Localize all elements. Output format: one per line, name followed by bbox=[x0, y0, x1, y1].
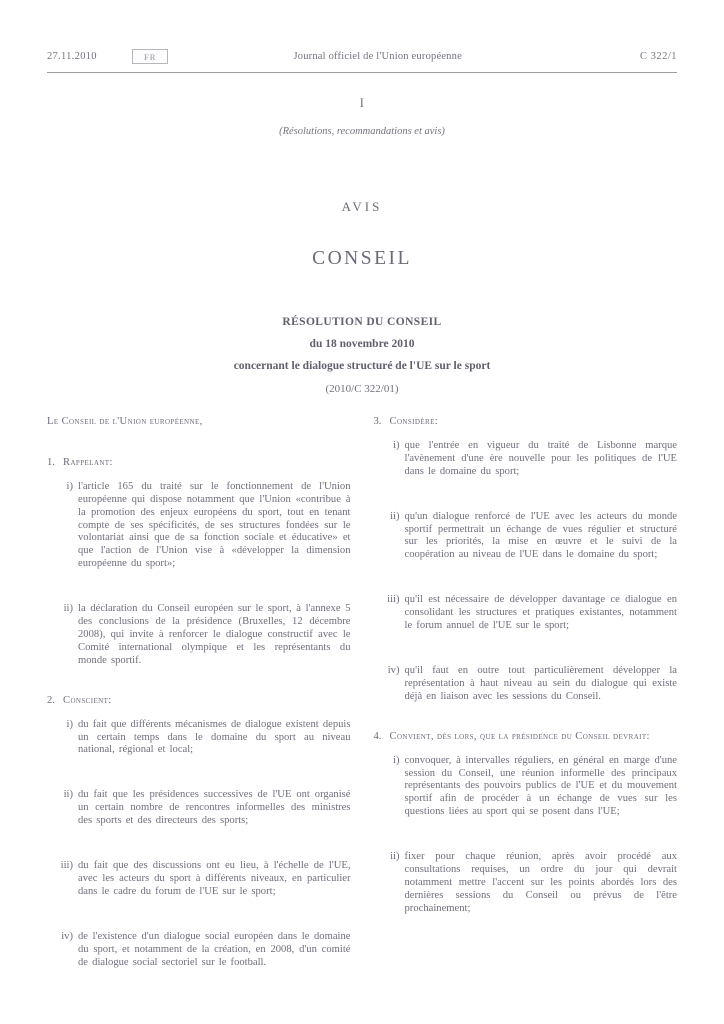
item-marker: iii) bbox=[374, 594, 405, 633]
item-marker: ii) bbox=[374, 851, 405, 916]
section-title: Conscient: bbox=[63, 695, 351, 708]
section-number: 2. bbox=[47, 695, 63, 708]
resolution-date: du 18 novembre 2010 bbox=[47, 338, 677, 350]
section-4: 4. Convient, dès lors, que la présidence… bbox=[374, 731, 678, 916]
item-text: du fait que les présidences successives … bbox=[78, 789, 351, 828]
item-marker: i) bbox=[47, 481, 78, 571]
item-text: que l'entrée en vigueur du traité de Lis… bbox=[405, 440, 678, 479]
section-2: 2. Conscient: i) du fait que différents … bbox=[47, 695, 351, 970]
section-3: 3. Considère: i) que l'entrée en vigueur… bbox=[374, 416, 678, 704]
list-item: ii) du fait que les présidences successi… bbox=[47, 789, 351, 828]
list-item: i) du fait que différents mécanismes de … bbox=[47, 719, 351, 758]
resolution-title: RÉSOLUTION DU CONSEIL bbox=[47, 316, 677, 328]
left-column: Le Conseil de l'Union européenne, 1. Rap… bbox=[47, 416, 351, 969]
section-title: Considère: bbox=[390, 416, 678, 429]
item-text: l'article 165 du traité sur le fonctionn… bbox=[78, 481, 351, 571]
list-item: iv) de l'existence d'un dialogue social … bbox=[47, 931, 351, 970]
item-text: convoquer, à intervalles réguliers, en g… bbox=[405, 755, 678, 820]
section-number: 1. bbox=[47, 457, 63, 470]
page-header: 27.11.2010 FR Journal officiel de l'Unio… bbox=[47, 48, 677, 65]
section-title: Convient, dès lors, que la présidence du… bbox=[390, 731, 678, 744]
item-marker: iii) bbox=[47, 860, 78, 899]
item-text: fixer pour chaque réunion, après avoir p… bbox=[405, 851, 678, 916]
right-column: 3. Considère: i) que l'entrée en vigueur… bbox=[374, 416, 678, 969]
item-text: la déclaration du Conseil européen sur l… bbox=[78, 603, 351, 668]
section-numeral: I bbox=[47, 95, 677, 111]
resolution-subject: concernant le dialogue structuré de l'UE… bbox=[47, 360, 677, 372]
list-item: iii) qu'il est nécessaire de développer … bbox=[374, 594, 678, 633]
item-marker: i) bbox=[47, 719, 78, 758]
list-item: ii) qu'un dialogue renforcé de l'UE avec… bbox=[374, 511, 678, 563]
item-text: qu'il est nécessaire de développer davan… bbox=[405, 594, 678, 633]
section-number: 3. bbox=[374, 416, 390, 429]
item-text: de l'existence d'un dialogue social euro… bbox=[78, 931, 351, 970]
section-1: 1. Rappelant: i) l'article 165 du traité… bbox=[47, 457, 351, 668]
item-text: du fait que différents mécanismes de dia… bbox=[78, 719, 351, 758]
resolution-reference: (2010/C 322/01) bbox=[47, 383, 677, 395]
journal-date: 27.11.2010 bbox=[47, 51, 127, 62]
item-text: qu'il faut en outre tout particulièremen… bbox=[405, 665, 678, 704]
list-item: i) convoquer, à intervalles réguliers, e… bbox=[374, 755, 678, 820]
item-marker: iv) bbox=[374, 665, 405, 704]
section-number: 4. bbox=[374, 731, 390, 744]
item-marker: iv) bbox=[47, 931, 78, 970]
page-reference: C 322/1 bbox=[587, 51, 677, 62]
section-4-heading: 4. Convient, dès lors, que la présidence… bbox=[374, 731, 678, 744]
category-heading: AVIS bbox=[47, 199, 677, 215]
section-title: Rappelant: bbox=[63, 457, 351, 470]
list-item: i) que l'entrée en vigueur du traité de … bbox=[374, 440, 678, 479]
item-marker: i) bbox=[374, 755, 405, 820]
body-columns: Le Conseil de l'Union européenne, 1. Rap… bbox=[47, 416, 677, 969]
section-2-heading: 2. Conscient: bbox=[47, 695, 351, 708]
section-3-heading: 3. Considère: bbox=[374, 416, 678, 429]
list-item: iv) qu'il faut en outre tout particulièr… bbox=[374, 665, 678, 704]
item-marker: ii) bbox=[47, 603, 78, 668]
item-marker: ii) bbox=[374, 511, 405, 563]
item-marker: ii) bbox=[47, 789, 78, 828]
list-item: iii) du fait que des discussions ont eu … bbox=[47, 860, 351, 899]
journal-page: 27.11.2010 FR Journal officiel de l'Unio… bbox=[0, 0, 724, 1024]
preamble: Le Conseil de l'Union européenne, bbox=[47, 416, 351, 429]
header-divider bbox=[47, 72, 677, 73]
institution-heading: CONSEIL bbox=[47, 248, 677, 270]
journal-title: Journal officiel de l'Union européenne bbox=[168, 51, 587, 62]
language-badge: FR bbox=[132, 49, 168, 64]
section-1-heading: 1. Rappelant: bbox=[47, 457, 351, 470]
item-marker: i) bbox=[374, 440, 405, 479]
list-item: ii) fixer pour chaque réunion, après avo… bbox=[374, 851, 678, 916]
section-subtitle: (Résolutions, recommandations et avis) bbox=[47, 126, 677, 137]
item-text: du fait que des discussions ont eu lieu,… bbox=[78, 860, 351, 899]
list-item: ii) la déclaration du Conseil européen s… bbox=[47, 603, 351, 668]
item-text: qu'un dialogue renforcé de l'UE avec les… bbox=[405, 511, 678, 563]
list-item: i) l'article 165 du traité sur le foncti… bbox=[47, 481, 351, 571]
